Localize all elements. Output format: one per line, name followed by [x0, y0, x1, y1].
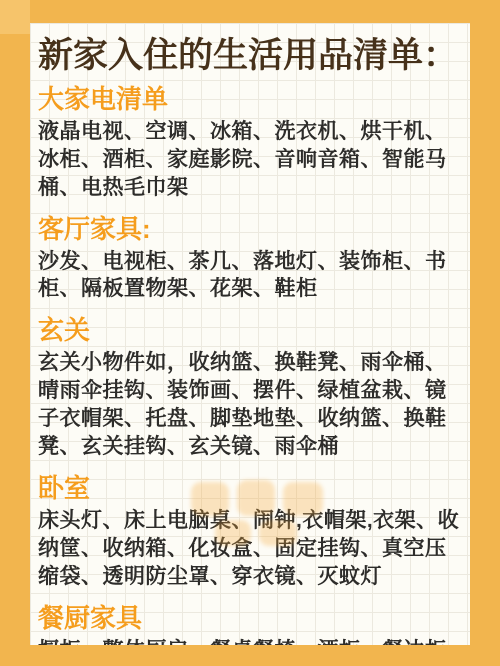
frame-corner-highlight [0, 0, 30, 34]
section-living-room: 客厅家具: 沙发、电视柜、茶几、落地灯、装饰柜、书柜、隔板置物架、花架、鞋柜 [38, 215, 462, 304]
section-entryway: 玄关 玄关小物件如，收纳篮、换鞋凳、雨伞桶、晴雨伞挂钩、装饰画、摆件、绿植盆栽、… [38, 316, 462, 461]
section-header-kitchen-dining: 餐厨家具 [38, 604, 462, 634]
section-header-living-room: 客厅家具: [38, 215, 462, 245]
section-body-kitchen-dining: 橱柜、整体厨房、餐桌餐椅、酒柜、餐边柜 [38, 637, 462, 645]
section-body-living-room: 沙发、电视柜、茶几、落地灯、装饰柜、书柜、隔板置物架、花架、鞋柜 [38, 248, 462, 304]
section-body-bedroom: 床头灯、床上电脑桌、闹钟,衣帽架,衣架、收纳筐、收纳箱、化妆盒、固定挂钩、真空压… [38, 507, 462, 591]
section-bedroom: 卧室 床头灯、床上电脑桌、闹钟,衣帽架,衣架、收纳筐、收纳箱、化妆盒、固定挂钩、… [38, 474, 462, 591]
section-header-entryway: 玄关 [38, 316, 462, 346]
section-kitchen-dining: 餐厨家具 橱柜、整体厨房、餐桌餐椅、酒柜、餐边柜 [38, 604, 462, 645]
section-body-appliances: 液晶电视、空调、冰箱、洗衣机、烘干机、冰柜、酒柜、家庭影院、音响音箱、智能马桶、… [38, 118, 462, 202]
section-appliances: 大家电清单 液晶电视、空调、冰箱、洗衣机、烘干机、冰柜、酒柜、家庭影院、音响音箱… [38, 85, 462, 202]
poster: { "page": { "title": "新家入住的生活用品清单：" }, "… [0, 0, 500, 666]
page-title: 新家入住的生活用品清单： [38, 35, 462, 77]
section-body-entryway: 玄关小物件如，收纳篮、换鞋凳、雨伞桶、晴雨伞挂钩、装饰画、摆件、绿植盆栽、镜子衣… [38, 349, 462, 461]
section-header-appliances: 大家电清单 [38, 85, 462, 115]
poster-card: 新家入住的生活用品清单： 大家电清单 液晶电视、空调、冰箱、洗衣机、烘干机、冰柜… [30, 23, 470, 645]
section-header-bedroom: 卧室 [38, 474, 462, 504]
